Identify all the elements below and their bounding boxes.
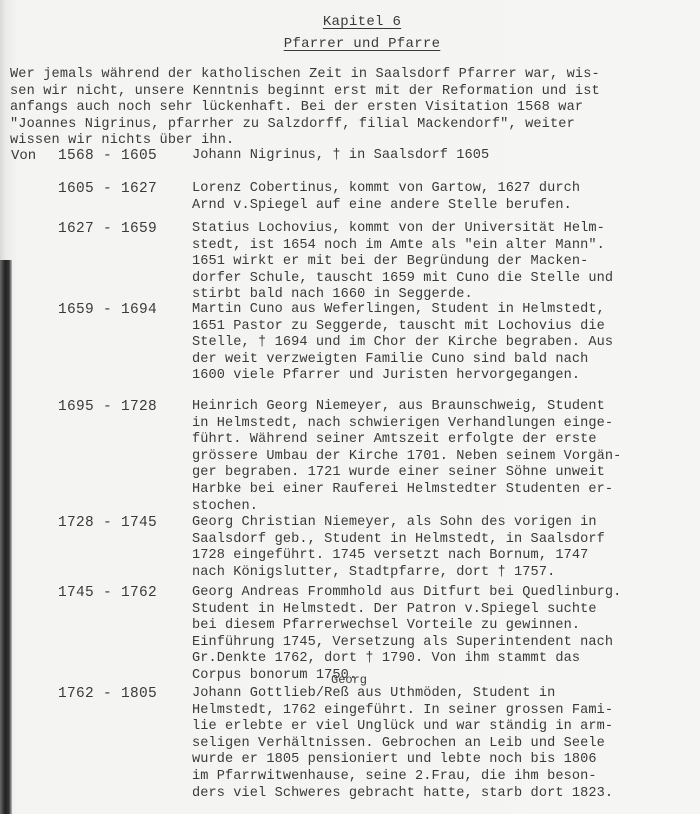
- tenure-years: 1659 - 1694: [58, 302, 157, 318]
- chapter-heading: Kapitel 6: [12, 14, 700, 30]
- tenure-years: 1762 - 1805: [58, 686, 157, 702]
- pastor-description: Statius Lochovius, kommt von der Univers…: [192, 221, 700, 304]
- tenure-years: 1568 - 1605: [58, 148, 157, 164]
- tenure-years: 1627 - 1659: [58, 221, 157, 237]
- tenure-years: 1605 - 1627: [58, 181, 157, 197]
- pastor-description: Georg Andreas Frommhold aus Ditfurt bei …: [192, 585, 700, 685]
- von-label: Von: [11, 148, 36, 164]
- pastor-description: Lorenz Cobertinus, kommt von Gartow, 162…: [192, 181, 700, 214]
- pastor-description: Heinrich Georg Niemeyer, aus Braunschwei…: [192, 399, 700, 515]
- pastor-description: Johann Nigrinus, † in Saalsdorf 1605: [192, 148, 700, 165]
- tenure-years: 1728 - 1745: [58, 515, 157, 531]
- handwritten-insertion: Georg: [331, 673, 367, 687]
- pastor-description: Johann Gottlieb/Reß aus Uthmöden, Studen…: [192, 686, 700, 802]
- tenure-years: 1695 - 1728: [58, 399, 157, 415]
- chapter-title: Pfarrer und Pfarre: [12, 36, 700, 52]
- scan-edge-shadow: [0, 260, 12, 814]
- tenure-years: 1745 - 1762: [58, 585, 157, 601]
- pastor-description: Georg Christian Niemeyer, als Sohn des v…: [192, 515, 700, 581]
- pastor-description: Martin Cuno aus Weferlingen, Student in …: [192, 302, 700, 385]
- intro-paragraph: Wer jemals während der katholischen Zeit…: [10, 67, 700, 150]
